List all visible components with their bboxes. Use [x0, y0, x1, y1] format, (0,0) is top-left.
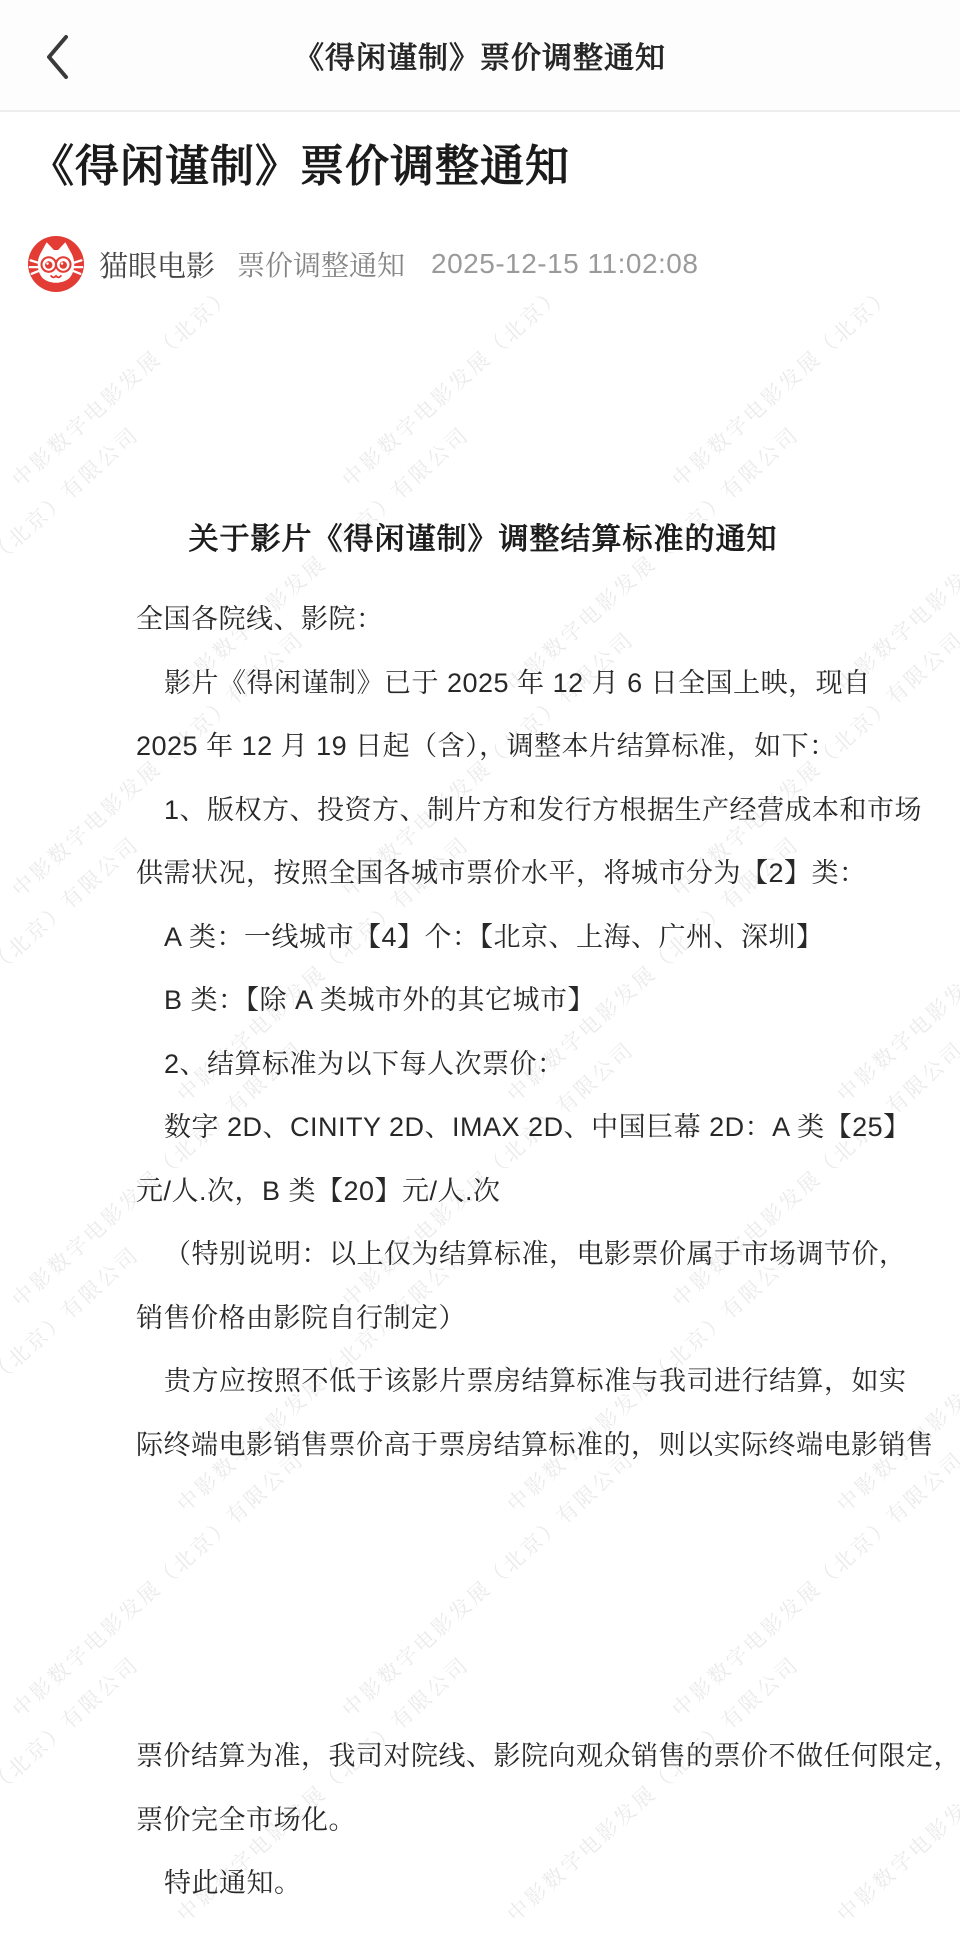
- document-page-break: [136, 1477, 830, 1725]
- doc-line: 数字 2D、CINITY 2D、IMAX 2D、中国巨幕 2D：A 类【25】: [136, 1096, 830, 1160]
- maoyan-cat-icon: [28, 236, 84, 292]
- doc-line: B 类：【除 A 类城市外的其它城市】: [136, 969, 830, 1033]
- author-row[interactable]: 猫眼电影 票价调整通知 2025-12-15 11:02:08: [28, 236, 932, 292]
- back-button[interactable]: [42, 32, 82, 84]
- article-category: 票价调整通知: [237, 244, 405, 284]
- doc-line: 贵方应按照不低于该影片票房结算标准与我司进行结算，如实: [136, 1350, 830, 1414]
- doc-line: 全国各院线、影院：: [136, 588, 830, 652]
- doc-line: 2025 年 12 月 19 日起（含），调整本片结算标准，如下：: [136, 715, 830, 779]
- page-title: 《得闲谨制》票价调整通知: [30, 138, 930, 196]
- doc-line: 际终端电影销售票价高于票房结算标准的，则以实际终端电影销售: [136, 1414, 830, 1478]
- doc-line: 销售价格由影院自行制定）: [136, 1287, 830, 1351]
- document-title: 关于影片《得闲谨制》调整结算标准的通知: [136, 514, 830, 558]
- doc-line: （特别说明：以上仅为结算标准，电影票价属于市场调节价，: [136, 1223, 830, 1287]
- doc-line: 特此通知。: [136, 1852, 830, 1916]
- page: 《得闲谨制》票价调整通知 《得闲谨制》票价调整通知 猫眼电影: [0, 0, 960, 1958]
- doc-line: 影片《得闲谨制》已于 2025 年 12 月 6 日全国上映，现自: [136, 652, 830, 716]
- publish-timestamp: 2025-12-15 11:02:08: [431, 248, 698, 280]
- doc-line: 元/人.次，B 类【20】元/人.次: [136, 1160, 830, 1224]
- doc-line: 1、版权方、投资方、制片方和发行方根据生产经营成本和市场: [136, 779, 830, 843]
- notice-document-image[interactable]: 中影数字电影发展（北京）有限公司中影数字电影发展（北京）有限公司中影数字电影发展…: [0, 292, 960, 1958]
- doc-line: 票价结算为准，我司对院线、影院向观众销售的票价不做任何限定，: [136, 1725, 830, 1789]
- chevron-left-icon: [42, 31, 72, 86]
- doc-line: 供需状况，按照全国各城市票价水平，将城市分为【2】类：: [136, 842, 830, 906]
- author-name: 猫眼电影: [99, 244, 215, 285]
- top-nav-bar: 《得闲谨制》票价调整通知: [0, 0, 960, 112]
- doc-line: A 类：一线城市【4】个：【北京、上海、广州、深圳】: [136, 906, 830, 970]
- document-content: 关于影片《得闲谨制》调整结算标准的通知 全国各院线、影院： 影片《得闲谨制》已于…: [0, 514, 960, 1916]
- doc-line: 2、结算标准为以下每人次票价：: [136, 1033, 830, 1097]
- doc-line: 票价完全市场化。: [136, 1789, 830, 1853]
- nav-title: 《得闲谨制》票价调整通知: [294, 33, 666, 77]
